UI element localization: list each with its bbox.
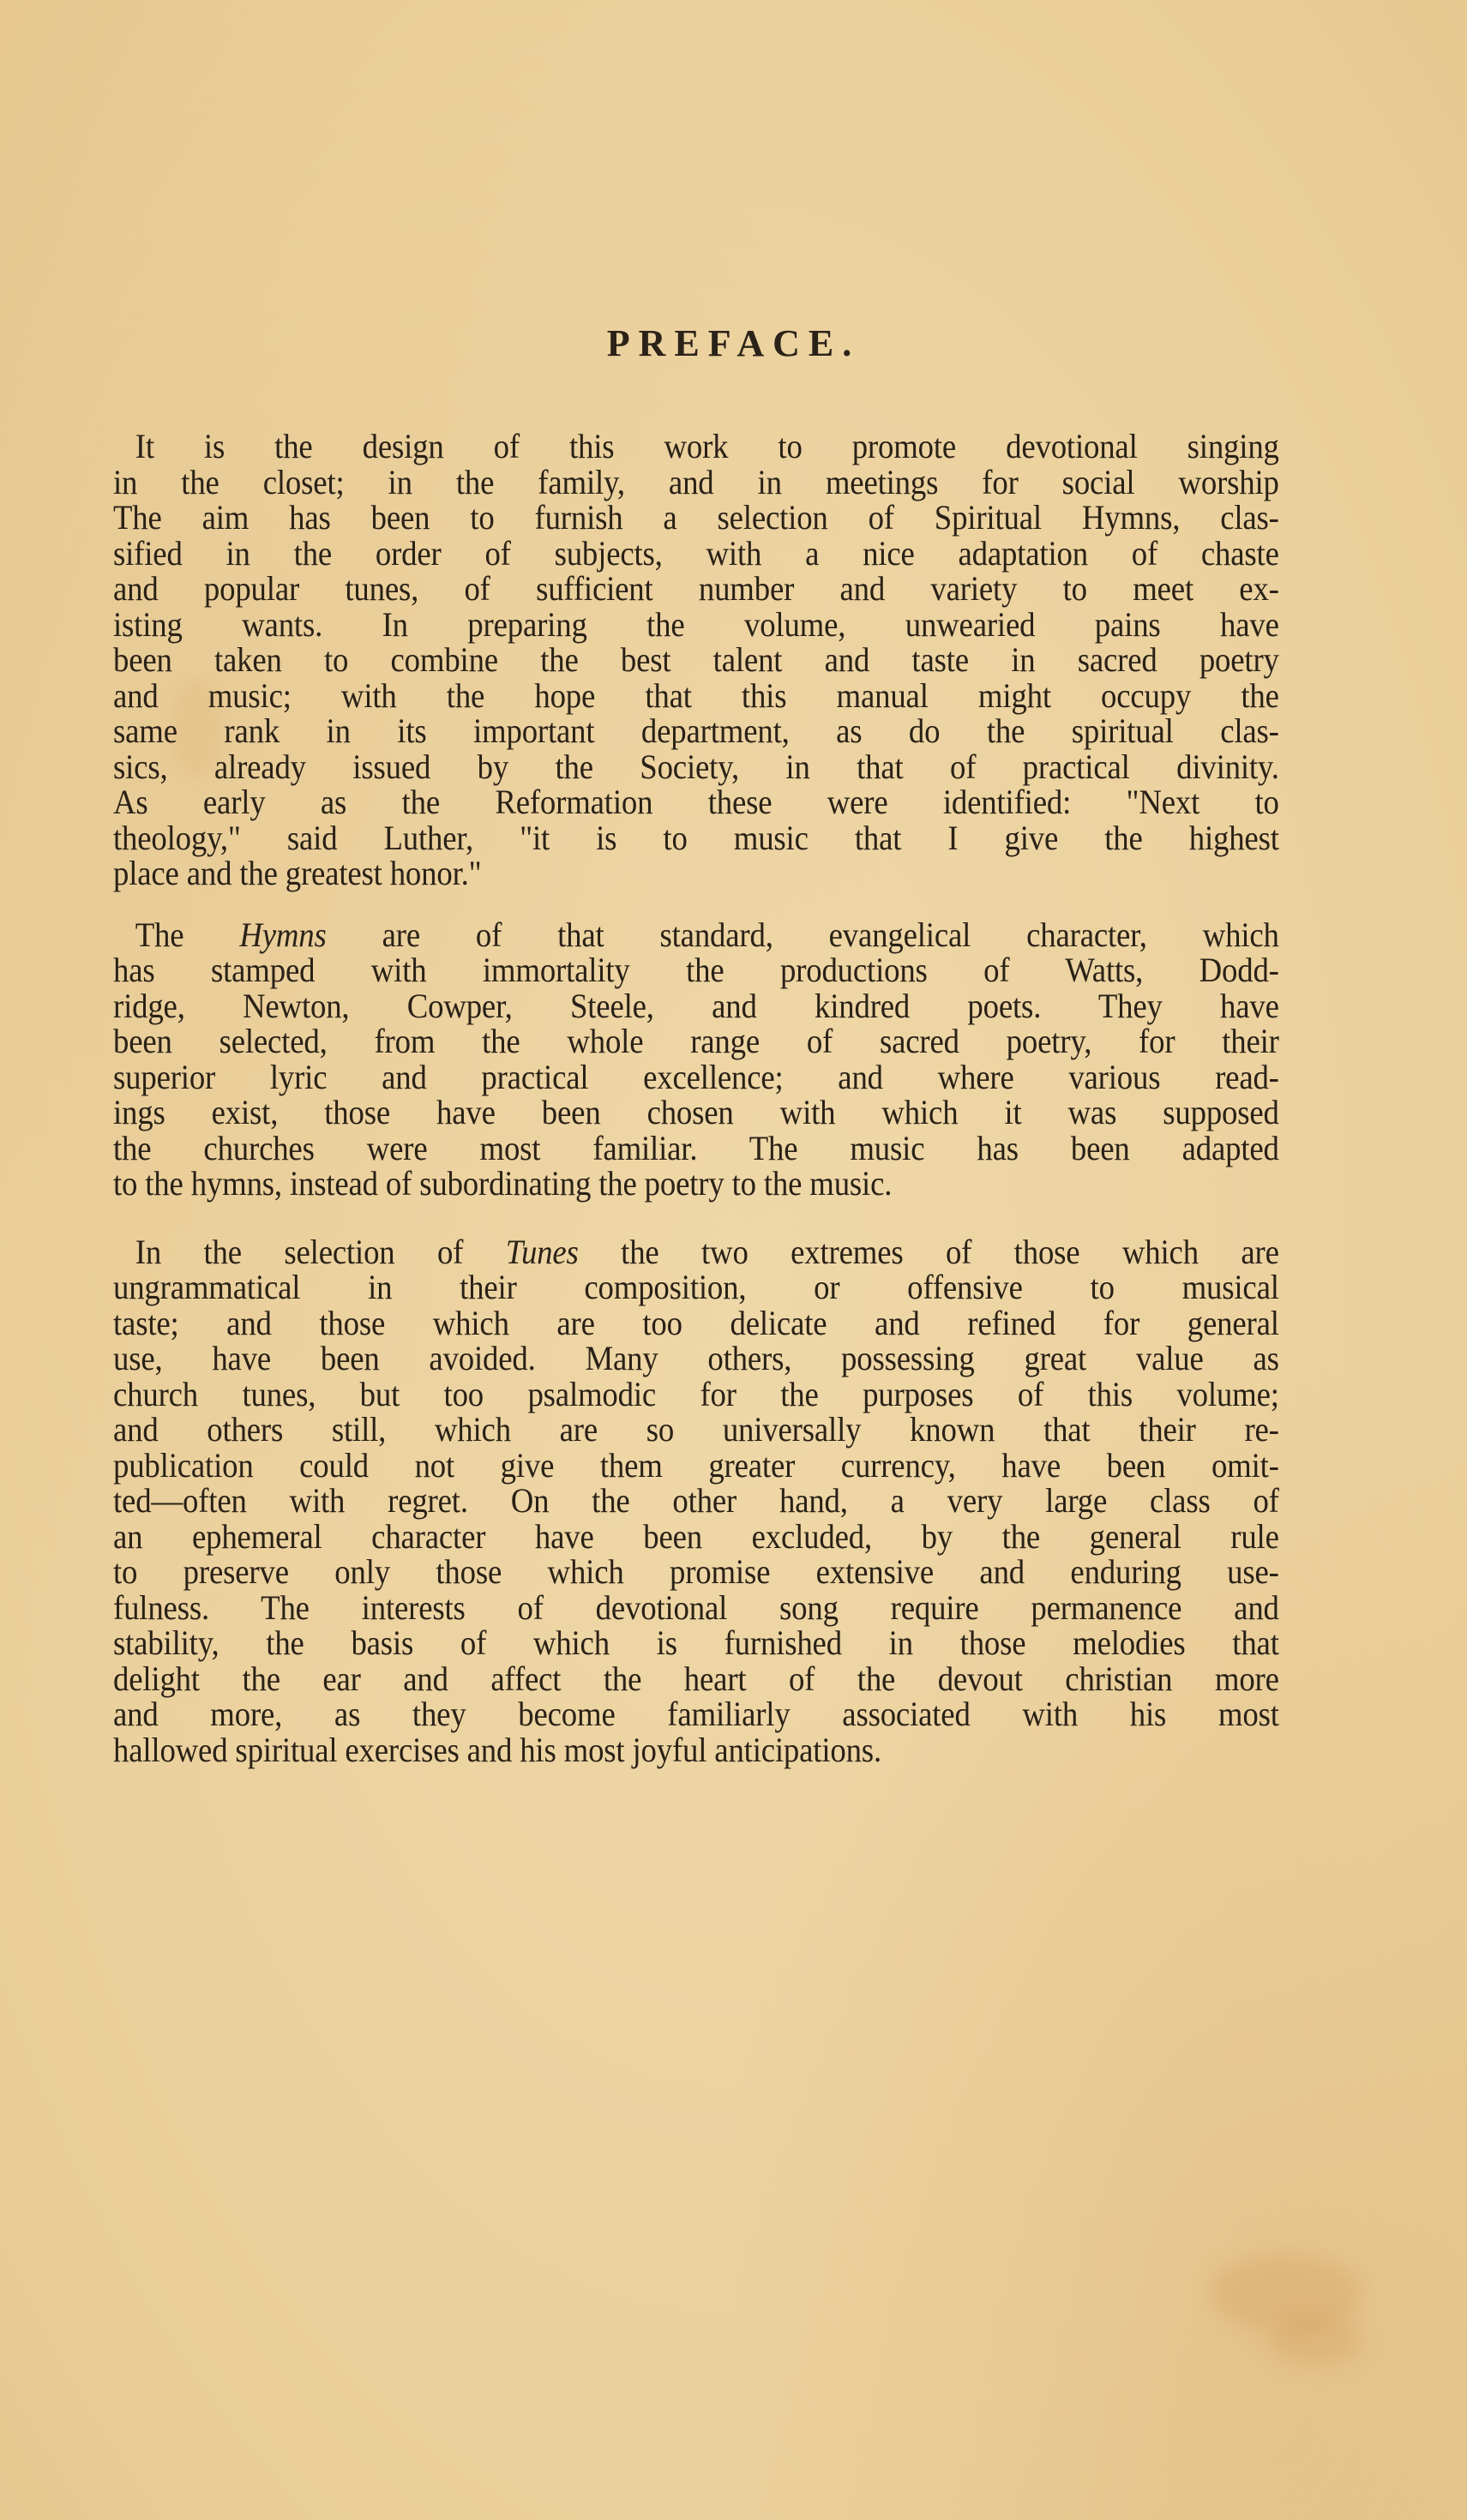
text-line: place and the greatest honor." (113, 855, 1279, 891)
paragraph: The Hymns are of that standard, evangeli… (113, 917, 1279, 1202)
text-line: has stamped with immortality the product… (113, 952, 1279, 988)
text-line: theology," said Luther, "it is to music … (113, 820, 1279, 856)
text-line: to preserve only those which promise ext… (113, 1554, 1279, 1590)
text-line: It is the design of this work to promote… (113, 429, 1279, 465)
italic-term: Hymns (239, 915, 326, 954)
text-line: ridge, Newton, Cowper, Steele, and kindr… (113, 988, 1279, 1024)
paragraph: In the selection of Tunes the two extrem… (113, 1234, 1279, 1768)
text-line: ungrammatical in their composition, or o… (113, 1269, 1279, 1305)
preface-body: It is the design of this work to promote… (113, 429, 1279, 1783)
text-line: use, have been avoided. Many others, pos… (113, 1341, 1279, 1377)
text-line: The Hymns are of that standard, evangeli… (113, 917, 1279, 953)
text-line: sics, already issued by the Society, in … (113, 749, 1279, 785)
text-line: ted—often with regret. On the other hand… (113, 1483, 1279, 1519)
text-line: in the closet; in the family, and in mee… (113, 465, 1279, 501)
text-line: fulness. The interests of devotional son… (113, 1590, 1279, 1626)
text-line: sified in the order of subjects, with a … (113, 536, 1279, 572)
text-line: been selected, from the whole range of s… (113, 1023, 1279, 1059)
text-line: hallowed spiritual exercises and his mos… (113, 1732, 1279, 1768)
text-line: taste; and those which are too delicate … (113, 1305, 1279, 1341)
text-line: publication could not give them greater … (113, 1448, 1279, 1484)
text-line: same rank in its important department, a… (113, 713, 1279, 749)
text-line: been taken to combine the best talent an… (113, 642, 1279, 678)
text-line: delight the ear and affect the heart of … (113, 1661, 1279, 1697)
text-line: and music; with the hope that this manua… (113, 678, 1279, 714)
paragraph: It is the design of this work to promote… (113, 429, 1279, 891)
text-line: church tunes, but too psalmodic for the … (113, 1377, 1279, 1413)
book-page: PREFACE. It is the design of this work t… (0, 0, 1467, 2520)
text-line: In the selection of Tunes the two extrem… (113, 1234, 1279, 1270)
paper-stain (1269, 2314, 1363, 2366)
text-line: an ephemeral character have been exclude… (113, 1519, 1279, 1555)
text-line: ings exist, those have been chosen with … (113, 1095, 1279, 1131)
text-line: isting wants. In preparing the volume, u… (113, 607, 1279, 643)
text-line: and more, as they become familiarly asso… (113, 1696, 1279, 1732)
text-line: to the hymns, instead of subordinating t… (113, 1166, 1279, 1202)
text-line: and others still, which are so universal… (113, 1412, 1279, 1448)
text-line: superior lyric and practical excellence;… (113, 1059, 1279, 1095)
text-line: As early as the Reformation these were i… (113, 784, 1279, 820)
text-line: The aim has been to furnish a selection … (113, 500, 1279, 536)
text-line: stability, the basis of which is furnish… (113, 1625, 1279, 1661)
text-line: and popular tunes, of sufficient number … (113, 571, 1279, 607)
page-title: PREFACE. (0, 321, 1467, 365)
italic-term: Tunes (506, 1233, 579, 1271)
text-line: the churches were most familiar. The mus… (113, 1131, 1279, 1167)
